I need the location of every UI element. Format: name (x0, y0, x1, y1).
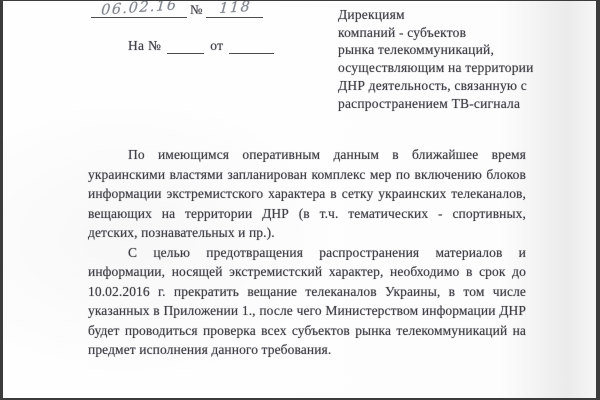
addressee-line: осуществляющим на территории (338, 59, 578, 77)
handwritten-number: 118 (218, 0, 251, 17)
addressee-line: ДНР деятельность, связанную с (338, 77, 578, 95)
ref-date-underline (229, 37, 274, 54)
date-underline: 06.02.16 (91, 1, 187, 18)
addressee-line: компаний - субъектов (338, 24, 578, 42)
number-sign-label: № (190, 2, 202, 17)
ref-na-label: На № (128, 38, 161, 53)
addressee-line: Дирекциям (338, 6, 578, 24)
addressee-line: рынка телекоммуникаций, (338, 41, 578, 59)
letter-body: По имеющимся оперативным данным в ближай… (88, 145, 526, 360)
body-paragraph-1: По имеющимся оперативным данным в ближай… (88, 145, 526, 243)
ref-ot-label: от (210, 38, 223, 53)
reference-line: На №от (128, 37, 274, 54)
number-underline: 118 (206, 1, 263, 18)
body-paragraph-2: С целью предотвращения распространения м… (88, 243, 526, 360)
date-number-row: 06.02.16№118 (91, 1, 263, 18)
addressee-line: распространением ТВ-сигнала (338, 95, 578, 113)
ref-number-underline (167, 37, 204, 54)
handwritten-date: 06.02.16 (100, 0, 178, 19)
document-page: 06.02.16№118 На №от Дирекциям компаний -… (0, 0, 600, 400)
addressee-block: Дирекциям компаний - субъектов рынка тел… (338, 6, 578, 112)
